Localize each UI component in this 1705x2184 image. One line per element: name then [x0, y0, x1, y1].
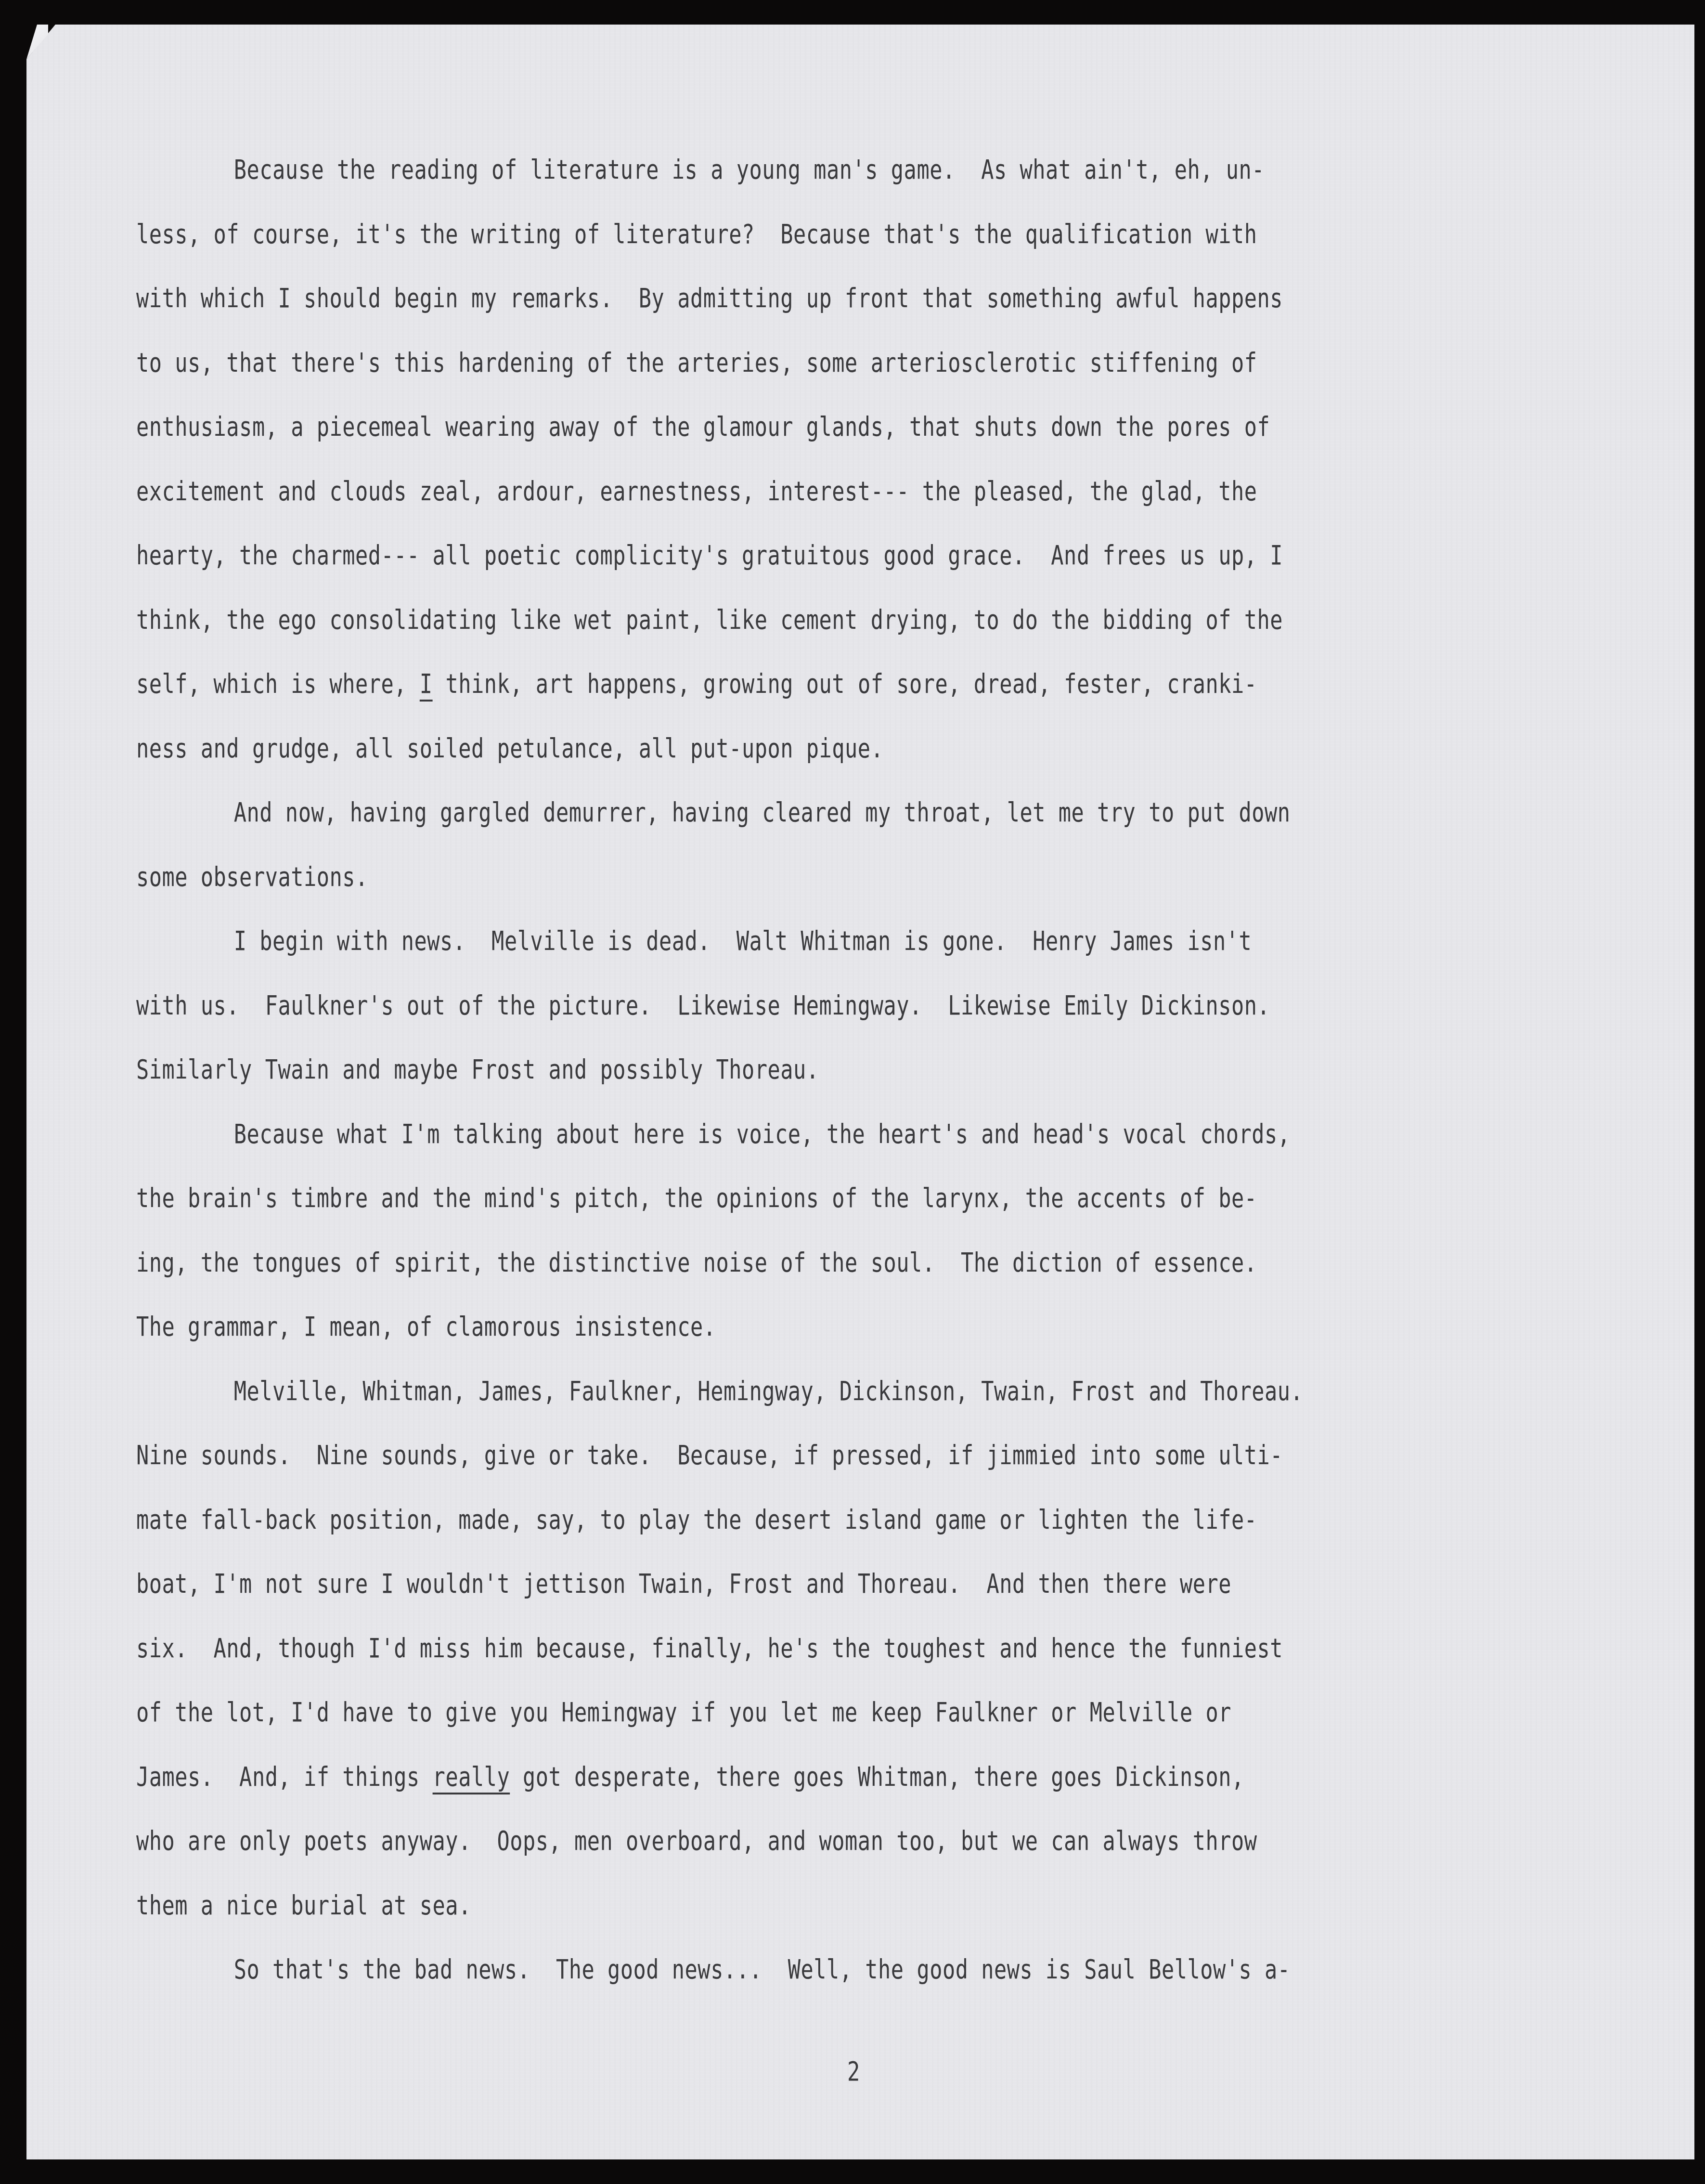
text-line: self, which is where, I think, art happe…: [136, 667, 1257, 701]
text-line: mate fall-back position, made, say, to p…: [136, 1503, 1257, 1537]
text-line: I begin with news. Melville is dead. Wal…: [136, 924, 1252, 958]
text-line: less, of course, it's the writing of lit…: [136, 218, 1257, 251]
text-line: enthusiasm, a piecemeal wearing away of …: [136, 410, 1270, 444]
text-line: And now, having gargled demurrer, having…: [136, 796, 1291, 830]
text-line: boat, I'm not sure I wouldn't jettison T…: [136, 1567, 1231, 1601]
text-line: excitement and clouds zeal, ardour, earn…: [136, 475, 1257, 508]
text-line: of the lot, I'd have to give you Hemingw…: [136, 1696, 1231, 1729]
text-span: got desperate, there goes Whitman, there…: [510, 1761, 1244, 1793]
underlined-emphasis: really: [433, 1761, 510, 1793]
text-line: to us, that there's this hardening of th…: [136, 346, 1257, 380]
underlined-emphasis: I: [420, 668, 433, 700]
text-line: ing, the tongues of spirit, the distinct…: [136, 1246, 1257, 1280]
page-number: 2: [847, 2056, 860, 2087]
text-line: hearty, the charmed--- all poetic compli…: [136, 539, 1283, 572]
text-line: So that's the bad news. The good news...…: [136, 1953, 1291, 1987]
text-line: Because what I'm talking about here is v…: [136, 1118, 1291, 1151]
text-span: think, art happens, growing out of sore,…: [433, 668, 1257, 700]
text-span: James. And, if things: [136, 1761, 433, 1793]
text-line: with us. Faulkner's out of the picture. …: [136, 989, 1270, 1023]
text-line: Similarly Twain and maybe Frost and poss…: [136, 1053, 819, 1087]
text-line: think, the ego consolidating like wet pa…: [136, 603, 1283, 637]
text-line: with which I should begin my remarks. By…: [136, 282, 1283, 315]
text-line: Because the reading of literature is a y…: [136, 153, 1265, 187]
text-line: them a nice burial at sea.: [136, 1889, 471, 1923]
text-line: The grammar, I mean, of clamorous insist…: [136, 1310, 716, 1344]
text-line: ness and grudge, all soiled petulance, a…: [136, 732, 883, 766]
text-line: Melville, Whitman, James, Faulkner, Hemi…: [136, 1375, 1303, 1408]
text-line: six. And, though I'd miss him because, f…: [136, 1632, 1283, 1665]
text-line: the brain's timbre and the mind's pitch,…: [136, 1182, 1257, 1215]
text-span: self, which is where,: [136, 668, 420, 700]
text-line: James. And, if things really got despera…: [136, 1760, 1244, 1794]
text-line: Nine sounds. Nine sounds, give or take. …: [136, 1439, 1283, 1472]
text-line: some observations.: [136, 860, 368, 894]
text-line: who are only poets anyway. Oops, men ove…: [136, 1824, 1257, 1858]
